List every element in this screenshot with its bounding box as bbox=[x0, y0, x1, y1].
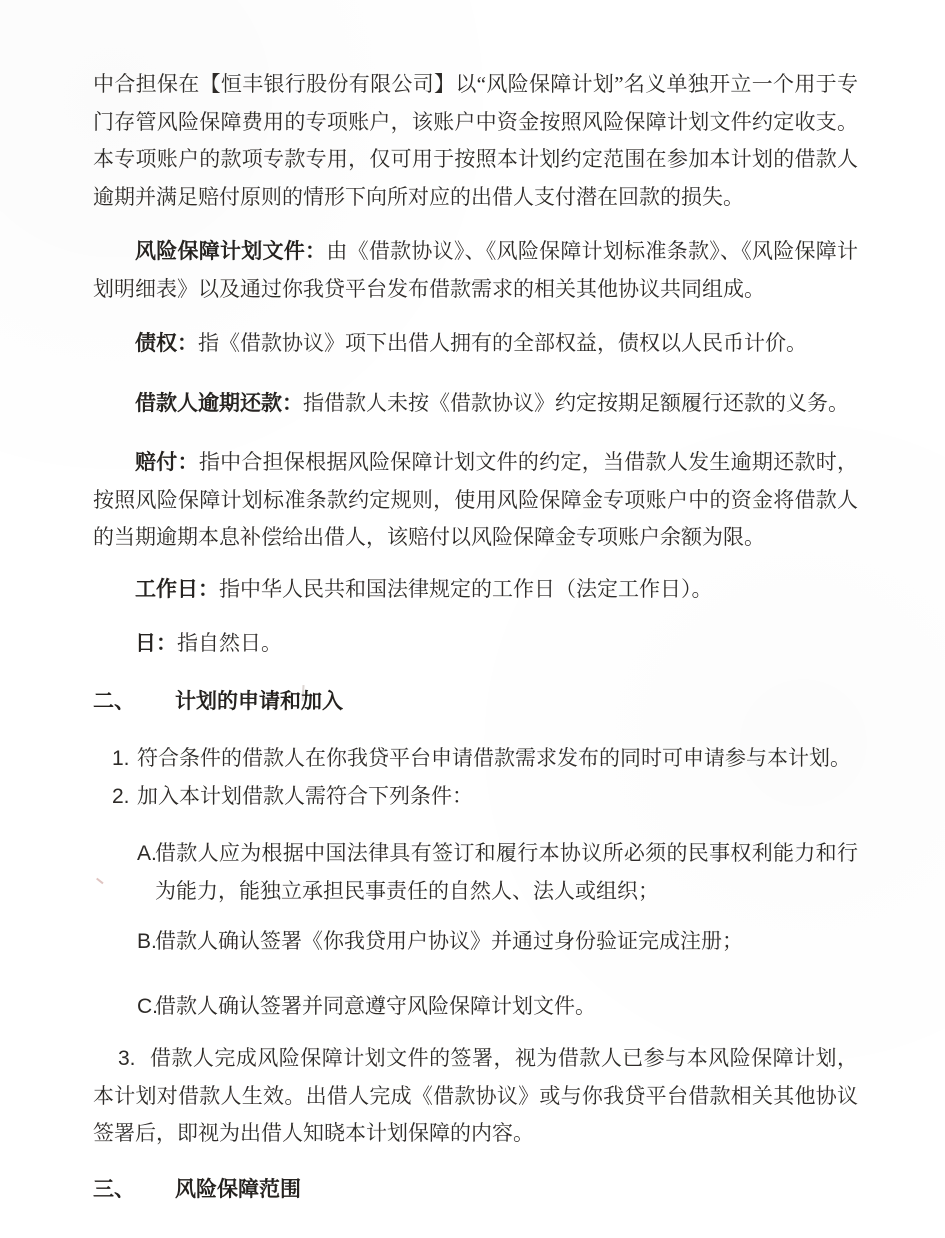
numbered-paragraph: 3.借款人完成风险保障计划文件的签署，视为借款人已参与本风险保障计划，本计划对借… bbox=[93, 1040, 858, 1153]
list-marker: 2. bbox=[112, 778, 130, 816]
definition-term: 工作日： bbox=[135, 577, 219, 601]
section-title: 计划的申请和加入 bbox=[175, 683, 343, 721]
sub-list-item-text: 借款人应为根据中国法律具有签订和履行本协议所必须的民事权利能力和行为能力，能独立… bbox=[155, 841, 858, 903]
paragraph-number: 3. bbox=[118, 1047, 136, 1070]
definition-term: 日： bbox=[135, 631, 177, 655]
section-number: 二、 bbox=[93, 683, 175, 721]
sub-list-marker: B. bbox=[137, 923, 157, 961]
definition-paragraph: 借款人逾期还款：指借款人未按《借款协议》约定按期足额履行还款的义务。 bbox=[93, 385, 858, 423]
definition-text: 指中华人民共和国法律规定的工作日（法定工作日）。 bbox=[219, 577, 713, 601]
paragraph: 中合担保在【恒丰银行股份有限公司】以“风险保障计划”名义单独开立一个用于专门存管… bbox=[93, 66, 858, 216]
sub-list-item: A.借款人应为根据中国法律具有签订和履行本协议所必须的民事权利能力和行为能力，能… bbox=[93, 835, 858, 910]
numbered-paragraph-text: 借款人完成风险保障计划文件的签署，视为借款人已参与本风险保障计划，本计划对借款人… bbox=[93, 1046, 858, 1145]
scanned-document-page: 中合担保在【恒丰银行股份有限公司】以“风险保障计划”名义单独开立一个用于专门存管… bbox=[0, 0, 945, 1238]
definition-paragraph: 日：指自然日。 bbox=[93, 625, 858, 663]
definition-term: 债权： bbox=[135, 331, 198, 355]
list-item: 1.符合条件的借款人在你我贷平台申请借款需求发布的同时可申请参与本计划。 bbox=[93, 740, 858, 778]
sub-list-marker: A. bbox=[137, 835, 157, 873]
list-item-text: 加入本计划借款人需符合下列条件： bbox=[137, 784, 473, 808]
sub-list-marker: C. bbox=[137, 988, 158, 1026]
sub-list-item-text: 借款人确认签署《你我贷用户协议》并通过身份验证完成注册； bbox=[155, 929, 743, 953]
definition-text: 指自然日。 bbox=[177, 631, 282, 655]
definition-paragraph: 工作日：指中华人民共和国法律规定的工作日（法定工作日）。 bbox=[93, 571, 858, 609]
sub-list-item-text: 借款人确认签署并同意遵守风险保障计划文件。 bbox=[155, 994, 596, 1018]
section-heading-3: 三、 风险保障范围 bbox=[93, 1171, 858, 1209]
section-number: 三、 bbox=[93, 1171, 175, 1209]
list-item-text: 符合条件的借款人在你我贷平台申请借款需求发布的同时可申请参与本计划。 bbox=[137, 746, 851, 770]
list-item: 2.加入本计划借款人需符合下列条件： bbox=[93, 778, 858, 816]
definition-term: 借款人逾期还款： bbox=[135, 391, 303, 415]
sub-list-item: C.借款人确认签署并同意遵守风险保障计划文件。 bbox=[93, 988, 858, 1026]
definition-text: 指中合担保根据风险保障计划文件的约定，当借款人发生逾期还款时，按照风险保障计划标… bbox=[93, 450, 858, 549]
definition-paragraph: 风险保障计划文件：由《借款协议》、《风险保障计划标准条款》、《风险保障计划明细表… bbox=[93, 233, 858, 308]
sub-list-item: B.借款人确认签署《你我贷用户协议》并通过身份验证完成注册； bbox=[93, 923, 858, 961]
definition-paragraph: 债权：指《借款协议》项下出借人拥有的全部权益，债权以人民币计价。 bbox=[93, 325, 858, 363]
section-title: 风险保障范围 bbox=[175, 1171, 301, 1209]
definition-text: 指《借款协议》项下出借人拥有的全部权益，债权以人民币计价。 bbox=[198, 331, 807, 355]
document-body: 中合担保在【恒丰银行股份有限公司】以“风险保障计划”名义单独开立一个用于专门存管… bbox=[93, 66, 858, 1208]
section-heading-2: 二、 计划的申请和加入 bbox=[93, 683, 858, 721]
list-marker: 1. bbox=[112, 740, 130, 778]
definition-paragraph: 赔付：指中合担保根据风险保障计划文件的约定，当借款人发生逾期还款时，按照风险保障… bbox=[93, 444, 858, 557]
definition-term: 赔付： bbox=[135, 450, 199, 474]
definition-term: 风险保障计划文件： bbox=[135, 239, 326, 263]
definition-text: 指借款人未按《借款协议》约定按期足额履行还款的义务。 bbox=[303, 391, 849, 415]
